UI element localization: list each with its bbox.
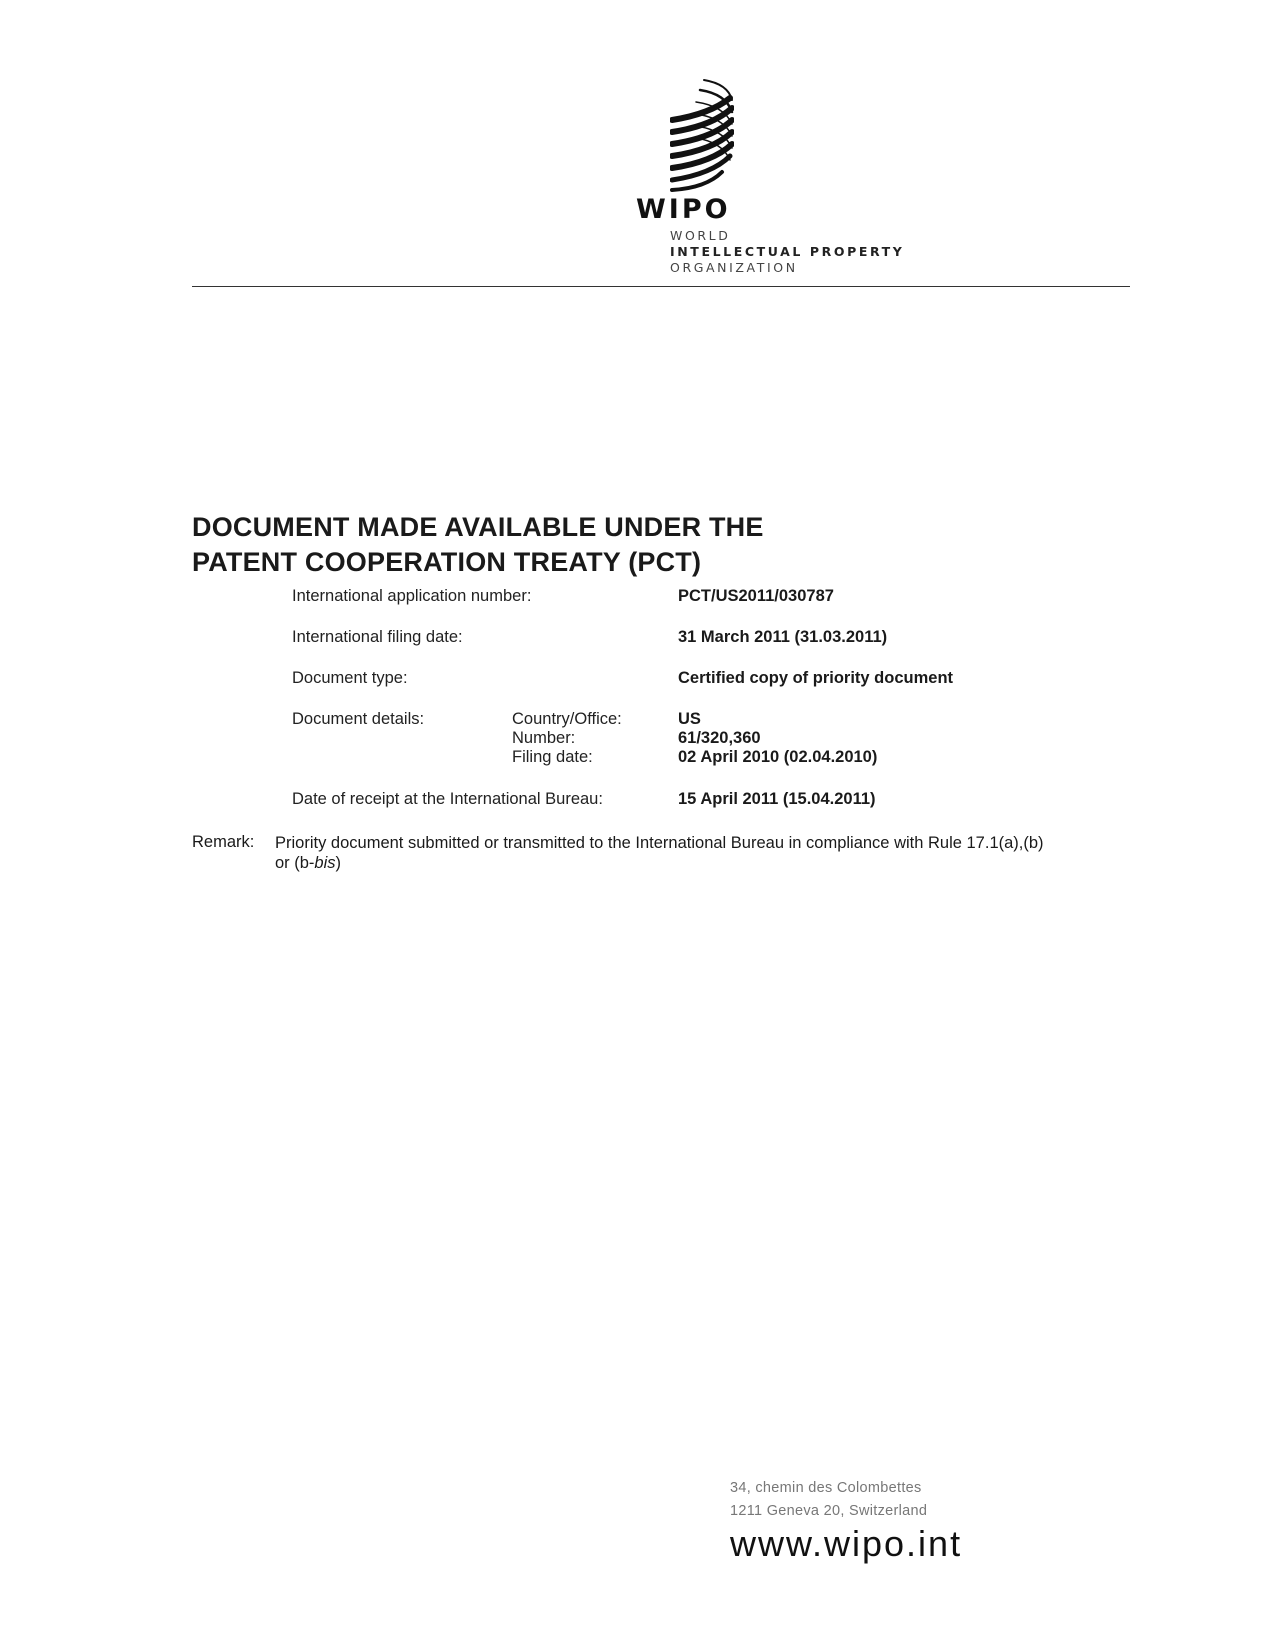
application-number-label: International application number:: [292, 586, 531, 606]
filing-date-label: International filing date:: [292, 627, 463, 647]
remark-text-main: Priority document submitted or transmitt…: [275, 834, 1044, 872]
address-line-2: 1211 Geneva 20, Switzerland: [730, 1500, 962, 1523]
document-type-value: Certified copy of priority document: [678, 668, 953, 688]
document-title: DOCUMENT MADE AVAILABLE UNDER THE PATENT…: [192, 510, 764, 580]
application-number-value: PCT/US2011/030787: [678, 586, 834, 606]
remark-label: Remark:: [192, 833, 254, 852]
receipt-date-value: 15 April 2011 (15.04.2011): [678, 789, 876, 809]
org-name-line-1: WORLD: [670, 228, 730, 243]
priority-filing-date-value: 02 April 2010 (02.04.2010): [678, 747, 877, 767]
document-details-label: Document details:: [292, 709, 424, 729]
wipo-wordmark: WIPO: [636, 194, 731, 225]
country-office-label: Country/Office:: [512, 709, 622, 729]
remark-text: Priority document submitted or transmitt…: [275, 833, 1045, 873]
document-type-label: Document type:: [292, 668, 408, 688]
org-name-line-3: ORGANIZATION: [670, 260, 798, 275]
website-link[interactable]: www.wipo.int: [730, 1525, 962, 1563]
title-line-2: PATENT COOPERATION TREATY (PCT): [192, 545, 764, 580]
priority-number-label: Number:: [512, 728, 575, 748]
country-office-value: US: [678, 709, 701, 729]
remark-text-end: ): [336, 854, 342, 872]
address-line-1: 34, chemin des Colombettes: [730, 1477, 962, 1500]
priority-number-value: 61/320,360: [678, 728, 761, 748]
wipo-emblem-icon: [670, 76, 734, 196]
org-name-line-2: INTELLECTUAL PROPERTY: [670, 244, 904, 259]
header-divider: [192, 286, 1130, 287]
receipt-date-label: Date of receipt at the International Bur…: [292, 789, 603, 809]
priority-filing-date-label: Filing date:: [512, 747, 593, 767]
title-line-1: DOCUMENT MADE AVAILABLE UNDER THE: [192, 510, 764, 545]
remark-text-italic: bis: [314, 854, 335, 872]
footer: 34, chemin des Colombettes 1211 Geneva 2…: [730, 1477, 962, 1563]
filing-date-value: 31 March 2011 (31.03.2011): [678, 627, 887, 647]
